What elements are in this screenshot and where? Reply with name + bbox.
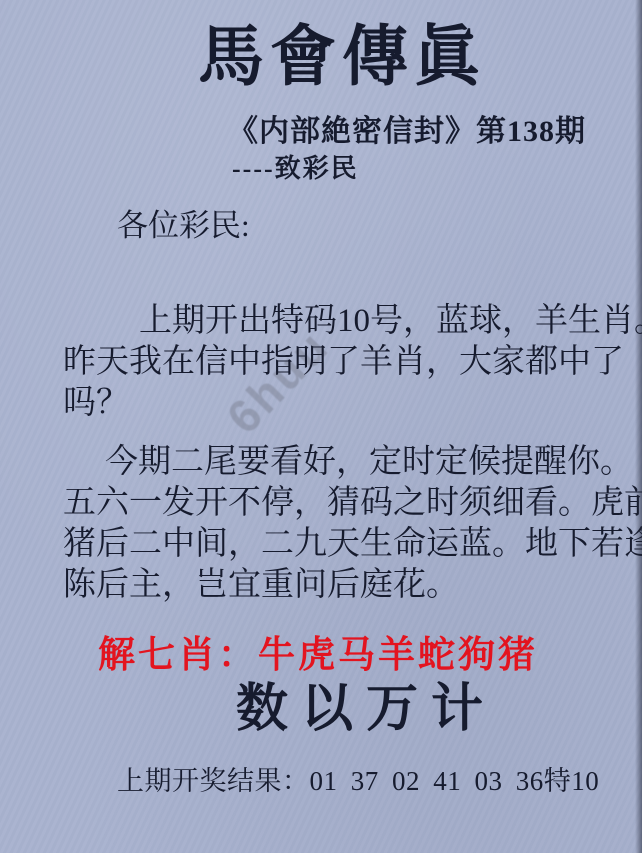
slogan-text: 数以万计	[236, 666, 496, 741]
last-draw-result: 上期开奖结果：01 37 02 41 03 36特10	[117, 759, 599, 798]
paragraph-2-line-4: 陈后主，岂宜重问后庭花。	[63, 565, 642, 606]
paragraph-2-line-3: 猪后二中间，二九天生命运蓝。地下若逢	[63, 524, 642, 565]
paragraph-1-line-1: 上期开出特码10号，蓝球，羊生肖。	[63, 301, 642, 342]
paragraph-1: 上期开出特码10号，蓝球，羊生肖。 昨天我在信中指明了羊肖，大家都中了 吗？	[63, 301, 642, 424]
paragraph-2-line-2: 五六一发开不停，猜码之时须细看。虎前	[63, 483, 642, 524]
fax-letter-sheet: 6huu 馬會傳眞 《内部絶密信封》第138期 ----致彩民 各位彩民: 上期…	[0, 0, 642, 853]
salutation: 各位彩民:	[117, 200, 250, 245]
paragraph-2-line-1: 今期二尾要看好，定时定候提醒你。	[63, 442, 642, 483]
page-title: 馬會傳眞	[198, 22, 486, 95]
dedication-line: ----致彩民	[232, 148, 359, 185]
issue-line: 《内部絶密信封》第138期	[228, 106, 586, 150]
paragraph-2: 今期二尾要看好，定时定候提醒你。 五六一发开不停，猜码之时须细看。虎前 猪后二中…	[63, 442, 642, 606]
paragraph-1-line-3: 吗？	[63, 383, 642, 424]
paragraph-1-line-2: 昨天我在信中指明了羊肖，大家都中了	[63, 342, 642, 383]
scan-edge-shadow	[635, 0, 642, 853]
